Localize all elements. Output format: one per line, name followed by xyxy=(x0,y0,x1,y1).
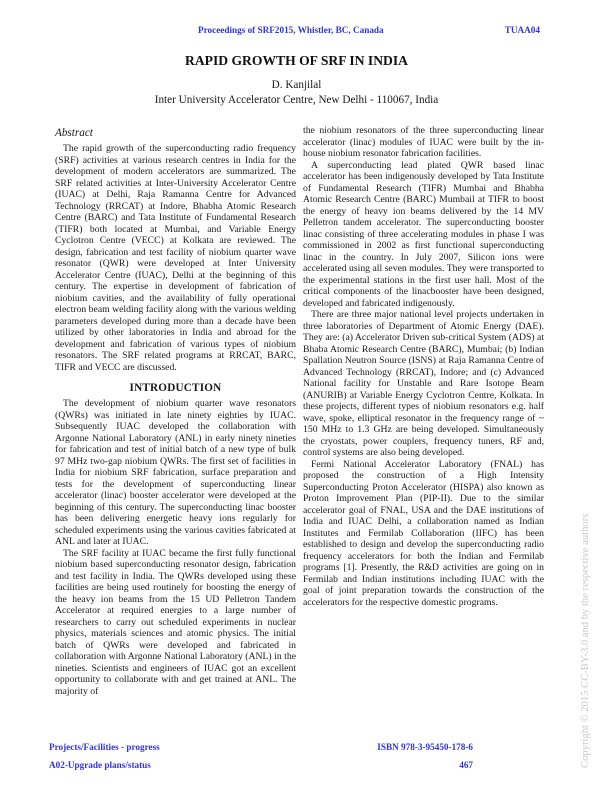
intro-paragraph-5: Fermi National Accelerator Laboratory (F… xyxy=(303,459,544,609)
intro-paragraph-3: A superconducting lead plated QWR based … xyxy=(303,160,544,310)
abstract-heading: Abstract xyxy=(55,127,296,140)
footer-isbn: ISBN 978-3-95450-178-6 xyxy=(377,742,473,752)
left-column: Abstract The rapid growth of the superco… xyxy=(55,127,296,697)
right-column: the niobium resonators of the three supe… xyxy=(303,125,544,608)
copyright-watermark: Copyright © 2015 CC-BY-3.0 and by the re… xyxy=(580,514,591,768)
abstract-text: The rapid growth of the superconducting … xyxy=(55,143,296,373)
author-affiliation: Inter University Accelerator Centre, New… xyxy=(0,94,593,106)
intro-paragraph-2: The SRF facility at IUAC became the firs… xyxy=(55,548,296,698)
paper-title: RAPID GROWTH OF SRF IN INDIA xyxy=(0,53,593,69)
running-header-proceedings: Proceedings of SRF2015, Whistler, BC, Ca… xyxy=(198,25,384,35)
footer-category: Projects/Facilities - progress xyxy=(49,742,160,752)
introduction-heading: INTRODUCTION xyxy=(55,382,296,395)
intro-paragraph-1: The development of niobium quarter wave … xyxy=(55,398,296,548)
footer-page-number: 467 xyxy=(459,760,473,770)
footer-subcategory: A02-Upgrade plans/status xyxy=(49,760,151,770)
running-header-paper-id: TUAA04 xyxy=(505,25,540,35)
intro-paragraph-4: There are three major national level pro… xyxy=(303,309,544,459)
author-name: D. Kanjilal xyxy=(0,79,593,91)
intro-paragraph-2-continued: the niobium resonators of the three supe… xyxy=(303,125,544,160)
